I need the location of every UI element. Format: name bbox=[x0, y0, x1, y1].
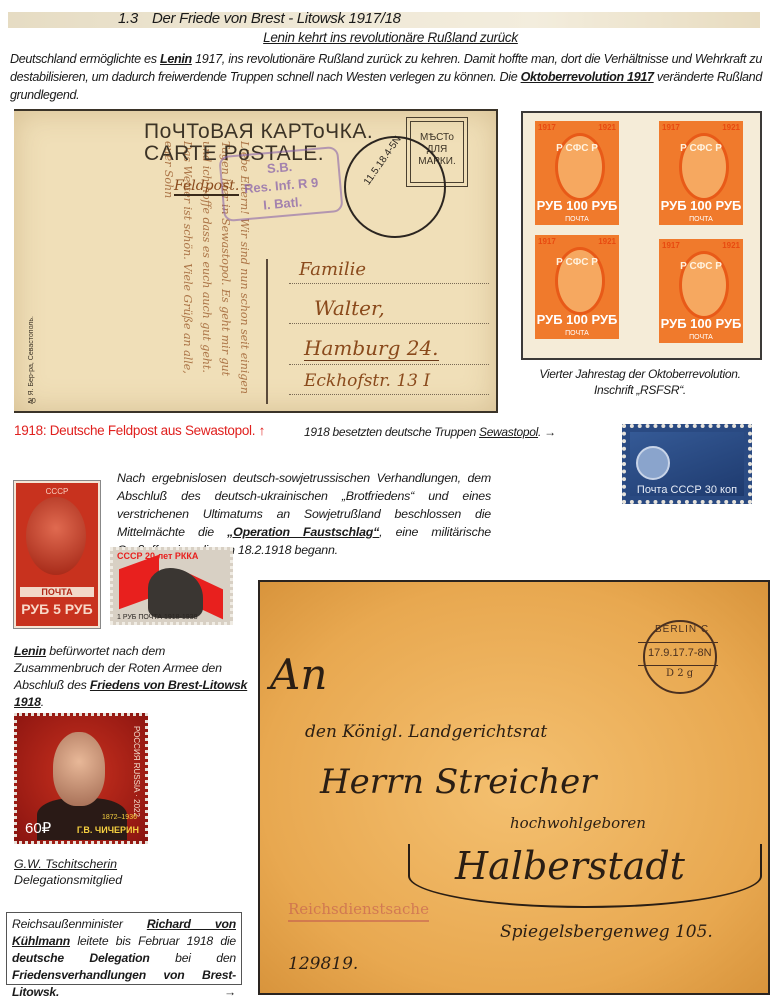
chicherin-portrait-icon bbox=[53, 732, 105, 806]
address-rule bbox=[289, 364, 489, 366]
chicherin-stamp: РОССИЯ RUSSIA · 2022 1872–1936 60₽ Г.В. … bbox=[14, 713, 148, 844]
feldpost-handwriting: Feldpost. bbox=[174, 178, 239, 196]
caption-role: Delegationsmitglied bbox=[14, 872, 122, 888]
envelope-line: den Königl. Landgerichtsrat bbox=[305, 722, 547, 742]
rsfsr-stamp: 19171921 Р СФС Р РУБ 100 РУБ ПОЧТА bbox=[659, 121, 743, 225]
section-title-text: Der Friede von Brest - Litowsk 1917/18 bbox=[152, 10, 401, 27]
sewastopol-stamp: Почта СССР 30 коп bbox=[622, 424, 752, 504]
postmark-city: BERLIN C bbox=[655, 624, 709, 635]
box-bold: Friedensverhandlungen von Brest-Litowsk. bbox=[12, 968, 236, 999]
stamp-year: 1921 bbox=[722, 123, 740, 132]
stamp-value: РУБ 100 РУБ bbox=[659, 316, 743, 331]
stamp-country: СССР bbox=[16, 487, 98, 496]
stamp-top-text: СССР 20 лет РККА bbox=[117, 551, 198, 561]
postcard-number: 20 bbox=[28, 398, 36, 405]
rsfsr-stamp: 19171921 Р СФС Р РУБ 100 РУБ ПОЧТА bbox=[535, 121, 619, 225]
stamp-year: 1921 bbox=[598, 123, 616, 132]
address-line: Walter, bbox=[314, 296, 385, 320]
rsfsr-stamp: 19171921 Р СФС Р РУБ 100 РУБ ПОЧТА bbox=[535, 235, 619, 339]
red-army-stamp: СССР 20 лет РККА 1 РУБ ПОЧТА 1918-1938 bbox=[110, 547, 233, 625]
postcard-divider bbox=[266, 259, 268, 404]
link-sewastopol[interactable]: Sewastopol bbox=[479, 425, 538, 439]
address-line: Hamburg 24. bbox=[304, 336, 439, 361]
lenin-stamp: СССР ПОЧТА РУБ 5 РУБ bbox=[14, 481, 100, 628]
stamp-pochta: ПОЧТА bbox=[659, 334, 743, 341]
section-title: 1.3Der Friede von Brest - Litowsk 1917/1… bbox=[118, 10, 401, 27]
stamp-years: 1872–1936 bbox=[102, 814, 137, 821]
sewastopol-caption: 1918 besetzten deutsche Truppen Sewastop… bbox=[304, 425, 556, 439]
link-operation-faustschlag[interactable]: „Operation Faustschlag“ bbox=[227, 525, 379, 539]
caption-text: 1918 besetzten deutsche Truppen bbox=[304, 425, 479, 439]
section-number: 1.3 bbox=[118, 10, 138, 27]
page-subtitle: Lenin kehrt ins revolutionäre Rußland zu… bbox=[0, 30, 781, 45]
address-rule bbox=[289, 283, 489, 285]
lenin-caption: Lenin befürwortet nach dem Zusammenbruch… bbox=[14, 643, 254, 711]
address-line: Familie bbox=[299, 259, 366, 280]
rsfsr-caption: Vierter Jahrestag der Oktoberrevolution.… bbox=[515, 366, 765, 398]
caption-text: . → bbox=[538, 425, 556, 439]
envelope-line: hochwohlgeboren bbox=[510, 814, 646, 832]
stamp-value: РУБ 100 РУБ bbox=[535, 198, 619, 213]
link-lenin[interactable]: Lenin bbox=[160, 52, 192, 66]
postcard-title-ru: ПоЧТоВАЯ КАРТоЧКА. bbox=[144, 121, 373, 143]
address-line: Eckhofstr. 13 I bbox=[304, 371, 430, 391]
chicherin-caption: G.W. Tschitscherin Delegationsmitglied bbox=[14, 856, 122, 888]
medal-icon bbox=[636, 446, 670, 480]
box-bold: deutsche Delegation bbox=[12, 951, 150, 965]
stamp-letters: Р СФС Р bbox=[535, 257, 619, 269]
envelope-line: Spiegelsbergenweg 105. bbox=[500, 922, 713, 942]
caption-line: Vierter Jahrestag der Oktoberrevolution. bbox=[515, 366, 765, 382]
stamp-year: 1921 bbox=[598, 237, 616, 246]
postmark-code: D 2 g bbox=[666, 668, 693, 679]
stamp-year: 1917 bbox=[538, 237, 556, 246]
box-text: leitete bis Februar 1918 die bbox=[70, 934, 236, 948]
stamp-pochta: ПОЧТА bbox=[535, 216, 619, 223]
intro-text: Deutschland ermöglichte es bbox=[10, 52, 160, 66]
feldpost-caption: 1918: Deutsche Feldpost aus Sewastopol. … bbox=[14, 423, 265, 438]
rsfsr-stamp-block: 19171921 Р СФС Р РУБ 100 РУБ ПОЧТА 19171… bbox=[521, 111, 762, 360]
lenin-portrait-icon bbox=[26, 497, 86, 575]
link-tschitscherin[interactable]: G.W. Tschitscherin bbox=[14, 856, 122, 872]
postcard-image: Liebe Eltern! Wir sind nun schon seit ei… bbox=[14, 109, 498, 413]
arrow-right-icon: → bbox=[224, 984, 236, 1000]
box-text: Reichsaußenminister bbox=[12, 917, 147, 931]
stamp-country: РОССИЯ RUSSIA · 2022 bbox=[132, 726, 141, 817]
stamp-name: Г.В. ЧИЧЕРИН bbox=[77, 825, 139, 835]
stamp-year: 1917 bbox=[662, 123, 680, 132]
stamp-year: 1921 bbox=[722, 241, 740, 250]
rsfsr-stamp: 19171921 Р СФС Р РУБ 100 РУБ ПОЧТА bbox=[659, 239, 743, 343]
reichsdienstsache-stamp: Reichsdienstsache bbox=[288, 900, 429, 922]
envelope-number: 129819. bbox=[288, 954, 358, 974]
caption-line: Inschrift „RSFSR“. bbox=[515, 382, 765, 398]
address-rule bbox=[289, 323, 489, 325]
envelope-line: An bbox=[270, 650, 327, 699]
stamp-pochta: ПОЧТА bbox=[535, 330, 619, 337]
link-lenin-caption[interactable]: Lenin bbox=[14, 644, 46, 658]
stamp-text: Почта СССР 30 коп bbox=[626, 484, 748, 496]
underline-flourish bbox=[408, 844, 762, 908]
stamp-value: 60₽ bbox=[25, 819, 51, 837]
stamp-year: 1917 bbox=[538, 123, 556, 132]
postmark-date: 17.9.17.7-8N bbox=[648, 647, 712, 659]
stamp-value: РУБ 100 РУБ bbox=[535, 312, 619, 327]
address-rule bbox=[289, 394, 489, 396]
caption-text: . bbox=[41, 695, 44, 709]
stamp-year: 1917 bbox=[662, 241, 680, 250]
envelope-line: Herrn Streicher bbox=[320, 762, 597, 802]
stamp-letters: Р СФС Р bbox=[535, 143, 619, 155]
envelope-image: BERLIN C 17.9.17.7-8N D 2 g An den König… bbox=[258, 580, 770, 995]
stamp-bottom-text: 1 РУБ ПОЧТА 1918-1938 bbox=[117, 614, 197, 621]
postcard-publisher: А. Я. Бер-ра, Севастополь. bbox=[28, 316, 35, 404]
intro-paragraph: Deutschland ermöglichte es Lenin 1917, i… bbox=[10, 50, 762, 104]
box-text: bei den bbox=[150, 951, 236, 965]
stamp-value: РУБ 100 РУБ bbox=[659, 198, 743, 213]
stamp-pochta: ПОЧТА bbox=[20, 587, 94, 597]
link-oktoberrevolution[interactable]: Oktoberrevolution 1917 bbox=[521, 70, 654, 84]
stamp-letters: Р СФС Р bbox=[659, 143, 743, 155]
stamp-letters: Р СФС Р bbox=[659, 261, 743, 273]
operation-paragraph: Nach ergebnislosen deutsch-sowjetrussisc… bbox=[117, 469, 491, 559]
kuehlmann-box: Reichsaußenminister Richard von Kühlmann… bbox=[6, 912, 242, 985]
stamp-pochta: ПОЧТА bbox=[659, 216, 743, 223]
stamp-value: РУБ 5 РУБ bbox=[16, 601, 98, 617]
